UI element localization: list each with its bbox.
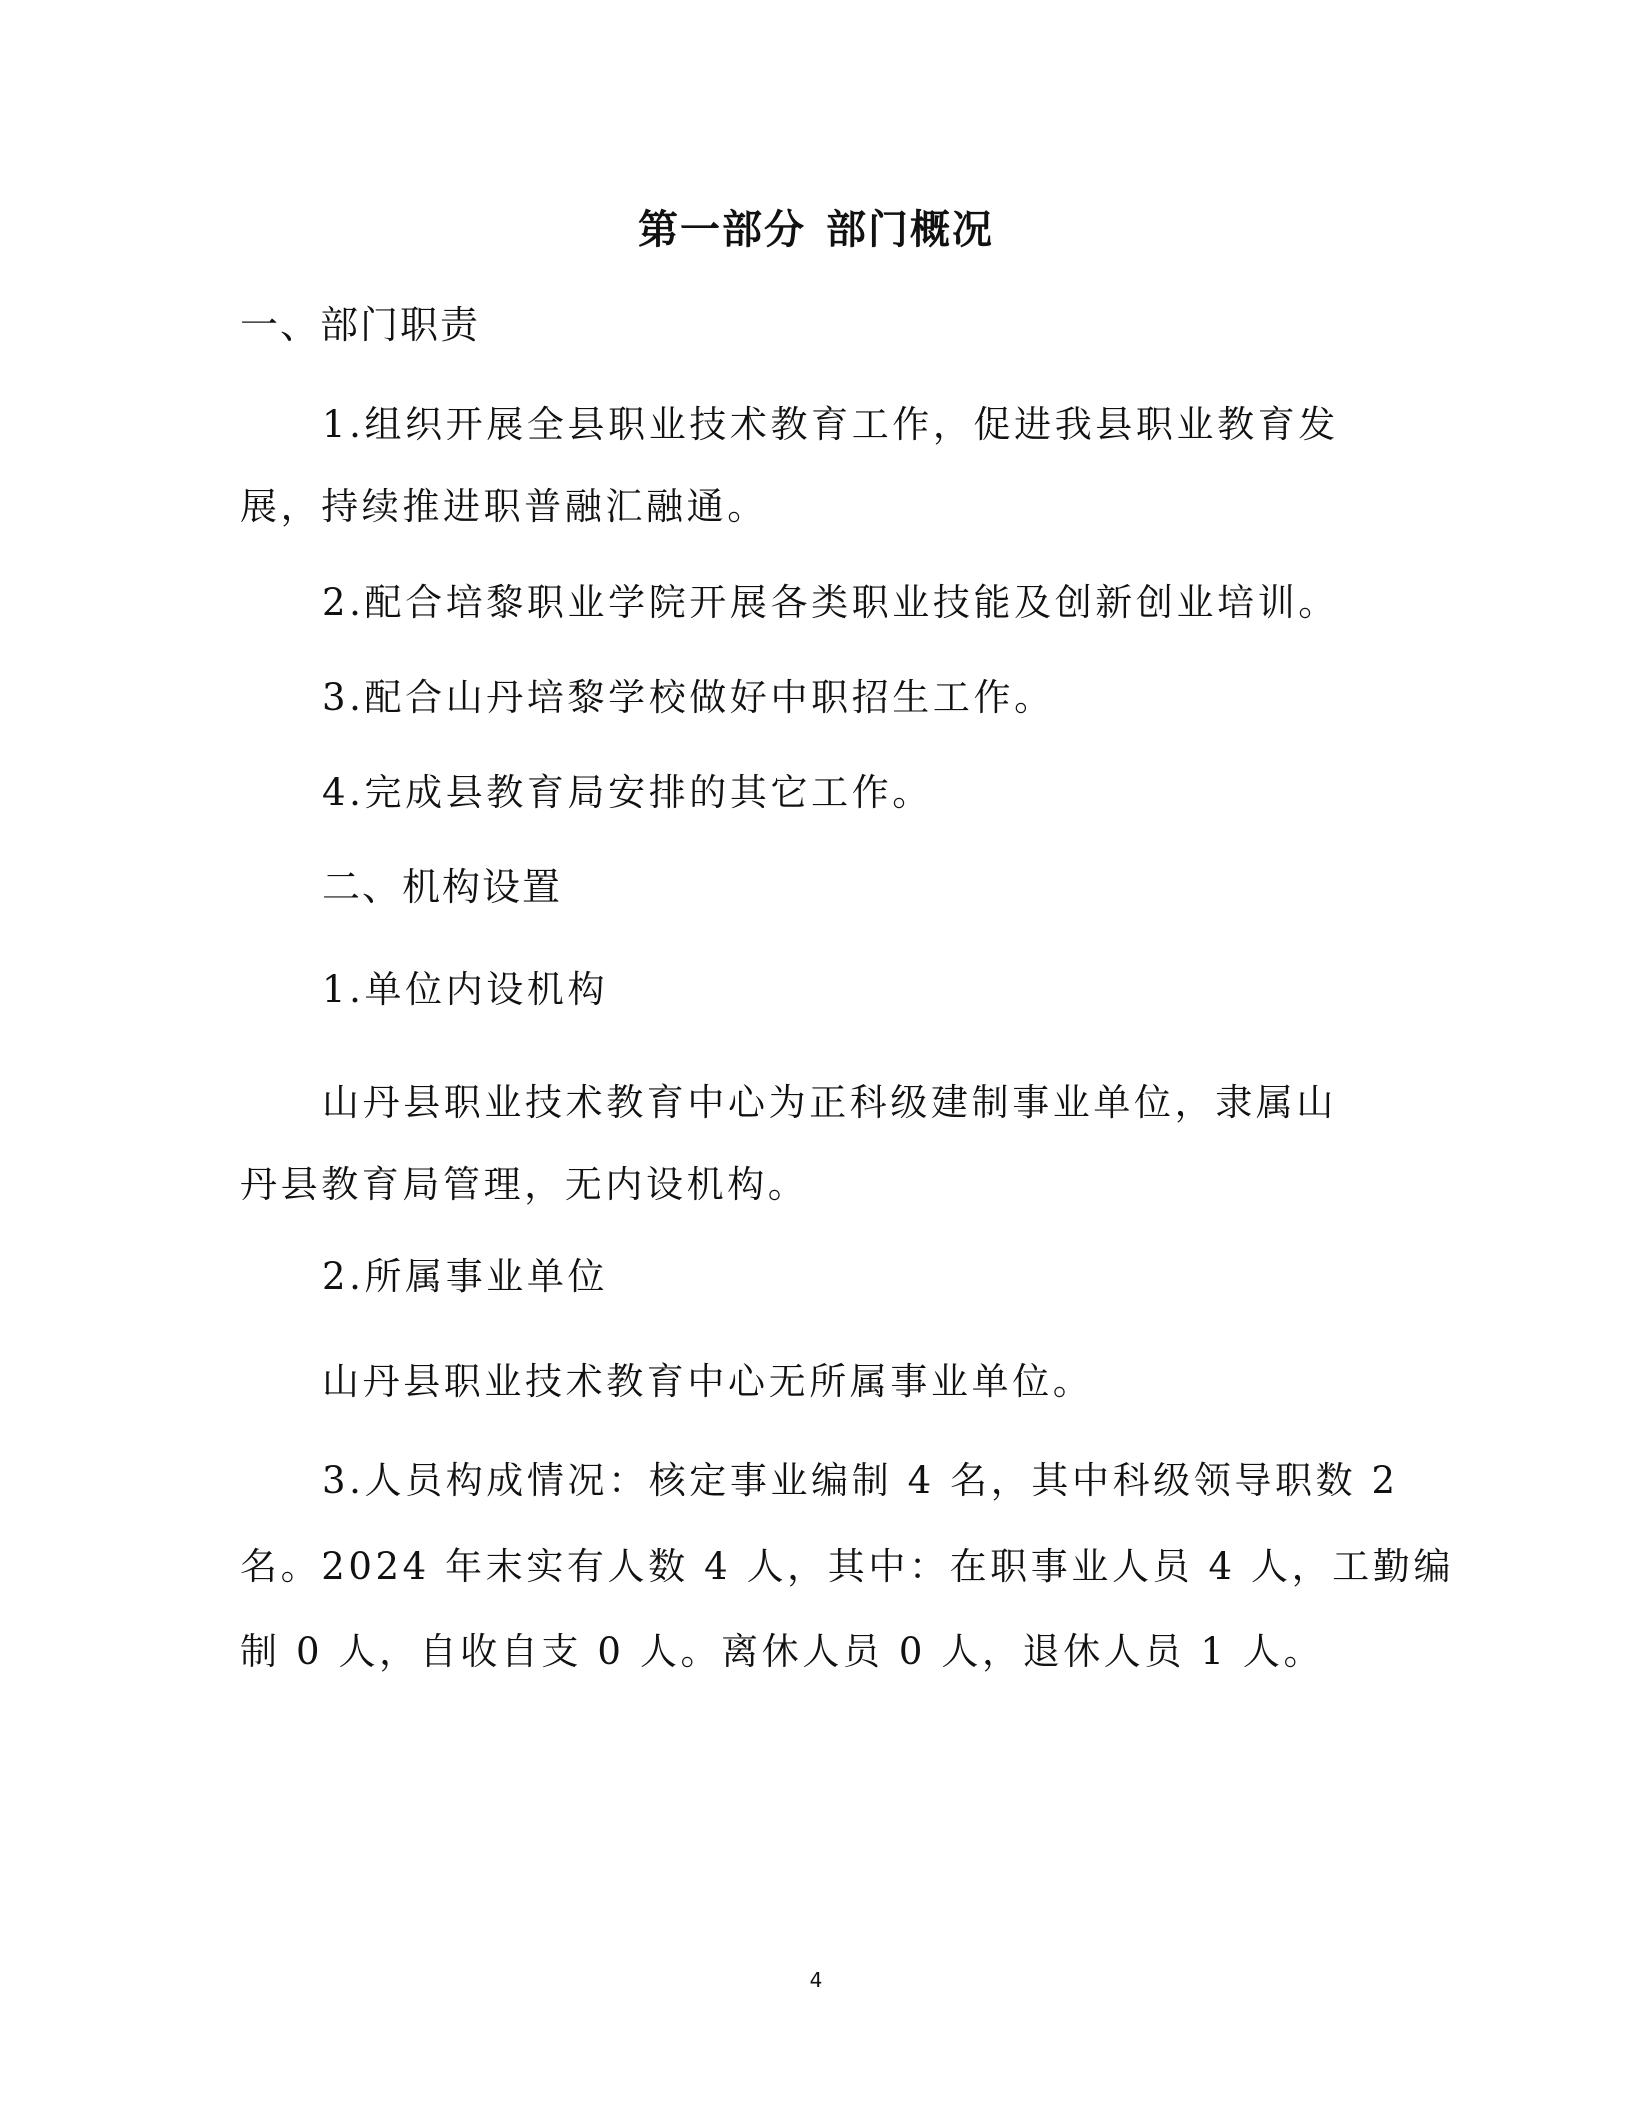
internal-units-line-1: 山丹县职业技术教育中心为正科级建制事业单位，隶属山: [322, 1078, 1462, 1128]
page-number: 4: [0, 1968, 1632, 1992]
duty-item-1-line-2: 展，持续推进职普融汇融通。: [240, 482, 1380, 532]
subheading-affiliated-units: 2.所属事业单位: [322, 1252, 1462, 1302]
staffing-line-1: 3.人员构成情况：核定事业编制 4 名，其中科级领导职数 2: [322, 1456, 1462, 1506]
affiliated-units-text: 山丹县职业技术教育中心无所属事业单位。: [322, 1357, 1462, 1407]
document-page: 第一部分部门概况 一、部门职责 1.组织开展全县职业技术教育工作，促进我县职业教…: [0, 0, 1632, 2112]
internal-units-line-2: 丹县教育局管理，无内设机构。: [240, 1160, 1380, 1210]
page-title: 第一部分部门概况: [0, 198, 1632, 255]
title-name: 部门概况: [826, 206, 994, 253]
staffing-line-2: 名。2024 年末实有人数 4 人，其中：在职事业人员 4 人，工勤编: [240, 1542, 1380, 1592]
duty-item-1-line-1: 1.组织开展全县职业技术教育工作，促进我县职业教育发: [322, 400, 1462, 450]
staffing-line-3: 制 0 人，自收自支 0 人。离休人员 0 人，退休人员 1 人。: [240, 1627, 1380, 1677]
duty-item-2: 2.配合培黎职业学院开展各类职业技能及创新创业培训。: [322, 578, 1462, 628]
section-heading-structure: 二、机构设置: [322, 862, 562, 912]
subheading-internal-units: 1.单位内设机构: [322, 965, 1462, 1015]
title-part: 第一部分: [638, 206, 806, 253]
duty-item-4: 4.完成县教育局安排的其它工作。: [322, 768, 1462, 818]
section-heading-duties: 一、部门职责: [240, 300, 480, 350]
duty-item-3: 3.配合山丹培黎学校做好中职招生工作。: [322, 673, 1462, 723]
